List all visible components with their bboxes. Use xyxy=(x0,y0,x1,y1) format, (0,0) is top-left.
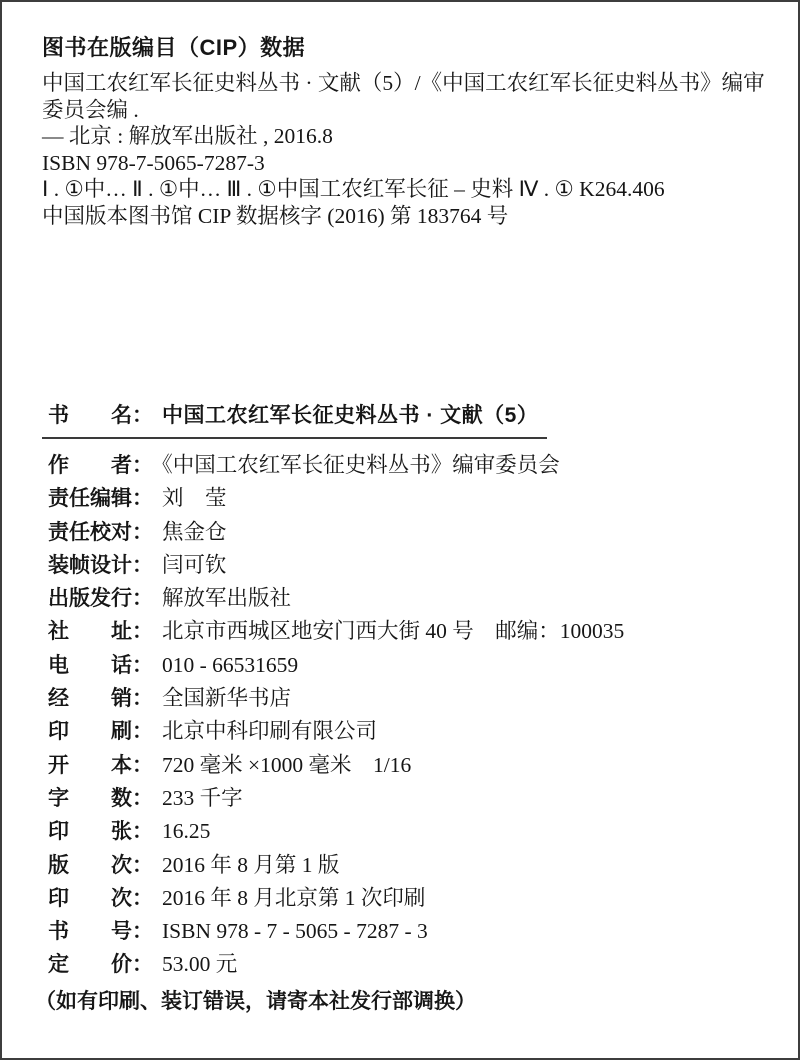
colophon-row: 字数：233 千字 xyxy=(48,782,762,815)
row-colon: ： xyxy=(132,787,153,810)
row-label: 字数 xyxy=(48,782,132,815)
cip-line: Ⅰ . ①中… Ⅱ . ①中… Ⅲ . ①中国工农红军长征 – 史料 Ⅳ . ①… xyxy=(42,176,768,203)
row-colon: ： xyxy=(132,920,153,943)
row-label: 书号 xyxy=(48,915,132,948)
copyright-page: 图书在版编目（CIP）数据 中国工农红军长征史料丛书 · 文献（5）/《中国工农… xyxy=(0,0,800,1060)
row-label: 作者 xyxy=(48,449,132,482)
row-value: 焦金仓 xyxy=(162,520,227,544)
colophon-row: 书名：中国工农红军长征史料丛书 · 文献（5） xyxy=(48,400,762,430)
row-value: 解放军出版社 xyxy=(162,586,291,610)
colophon-row: 版次：2016 年 8 月第 1 版 xyxy=(48,849,762,882)
row-colon: ： xyxy=(132,854,153,877)
divider-line xyxy=(42,437,547,439)
row-value: 2016 年 8 月北京第 1 次印刷 xyxy=(162,886,425,910)
colophon-row: 作者：《中国工农红军长征史料丛书》编审委员会 xyxy=(48,449,762,482)
row-value: 全国新华书店 xyxy=(162,686,291,710)
colophon-row: 电话：010 - 66531659 xyxy=(48,649,762,682)
row-label: 定价 xyxy=(48,948,132,981)
cip-line: 中国工农红军长征史料丛书 · 文献（5）/《中国工农红军长征史料丛书》编审 xyxy=(42,70,768,97)
colophon-row: 出版发行：解放军出版社 xyxy=(48,582,762,615)
row-colon: ： xyxy=(132,754,153,777)
row-label: 电话 xyxy=(48,649,132,682)
row-value: 北京中科印刷有限公司 xyxy=(162,719,377,743)
cip-line: ISBN 978-7-5065-7287-3 xyxy=(42,150,768,177)
row-label: 责任编辑 xyxy=(48,482,132,515)
colophon-row: 经销：全国新华书店 xyxy=(48,682,762,715)
colophon-row: 书号：ISBN 978 - 7 - 5065 - 7287 - 3 xyxy=(48,915,762,948)
cip-line: — 北京 : 解放军出版社 , 2016.8 xyxy=(42,123,768,150)
row-colon: ： xyxy=(132,820,153,843)
row-colon: ： xyxy=(132,521,153,544)
row-label: 印张 xyxy=(48,815,132,848)
row-colon: ： xyxy=(132,687,153,710)
cip-lines: 中国工农红军长征史料丛书 · 文献（5）/《中国工农红军长征史料丛书》编审委员会… xyxy=(42,70,768,229)
row-colon: ： xyxy=(132,953,153,976)
row-value: 闫可钦 xyxy=(162,553,227,577)
cip-heading: 图书在版编目（CIP）数据 xyxy=(42,33,768,63)
colophon-row: 责任校对：焦金仓 xyxy=(48,516,762,549)
row-colon: ： xyxy=(132,554,153,577)
row-label: 书名 xyxy=(48,401,132,431)
row-label: 装帧设计 xyxy=(48,549,132,582)
colophon-row: 责任编辑：刘 莹 xyxy=(48,482,762,515)
cip-line: 中国版本图书馆 CIP 数据核字 (2016) 第 183764 号 xyxy=(42,203,768,230)
row-colon: ： xyxy=(132,454,153,477)
row-value: 720 毫米 ×1000 毫米 1/16 xyxy=(162,753,411,777)
row-label: 印次 xyxy=(48,882,132,915)
row-label: 印刷 xyxy=(48,715,132,748)
row-value: 刘 莹 xyxy=(162,486,227,510)
row-label: 社址 xyxy=(48,615,132,648)
row-value: 2016 年 8 月第 1 版 xyxy=(162,853,339,877)
row-value: 010 - 66531659 xyxy=(162,653,298,677)
cip-block: 图书在版编目（CIP）数据 中国工农红军长征史料丛书 · 文献（5）/《中国工农… xyxy=(42,33,768,229)
colophon-row: 定价：53.00 元 xyxy=(48,948,762,981)
colophon-title-row: 书名：中国工农红军长征史料丛书 · 文献（5） xyxy=(48,400,762,430)
row-colon: ： xyxy=(132,587,153,610)
colophon-row: 印张：16.25 xyxy=(48,815,762,848)
colophon-row: 印刷：北京中科印刷有限公司 xyxy=(48,715,762,748)
row-colon: ： xyxy=(132,654,153,677)
row-value: 233 千字 xyxy=(162,786,243,810)
row-value: 《中国工农红军长征史料丛书》编审委员会 xyxy=(162,453,560,477)
row-label: 开本 xyxy=(48,749,132,782)
row-label: 版次 xyxy=(48,849,132,882)
row-colon: ： xyxy=(132,620,153,643)
row-label: 责任校对 xyxy=(48,516,132,549)
row-colon: ： xyxy=(132,887,153,910)
colophon-row: 开本：720 毫米 ×1000 毫米 1/16 xyxy=(48,749,762,782)
colophon-rows: 作者：《中国工农红军长征史料丛书》编审委员会责任编辑：刘 莹责任校对：焦金仓装帧… xyxy=(48,449,762,982)
colophon-row: 装帧设计：闫可钦 xyxy=(48,549,762,582)
row-value: 16.25 xyxy=(162,819,210,843)
row-value: ISBN 978 - 7 - 5065 - 7287 - 3 xyxy=(162,919,428,943)
misprint-exchange-note: （如有印刷、装订错误，请寄本社发行部调换） xyxy=(35,985,476,1015)
row-value: 中国工农红军长征史料丛书 · 文献（5） xyxy=(162,404,538,427)
cip-line: 委员会编 . xyxy=(42,97,768,124)
colophon-row: 社址：北京市西城区地安门西大街 40 号 邮编：100035 xyxy=(48,615,762,648)
row-label: 出版发行 xyxy=(48,582,132,615)
row-value: 53.00 元 xyxy=(162,952,237,976)
colophon-block: 书名：中国工农红军长征史料丛书 · 文献（5） 作者：《中国工农红军长征史料丛书… xyxy=(48,400,762,982)
colophon-row: 印次：2016 年 8 月北京第 1 次印刷 xyxy=(48,882,762,915)
row-colon: ： xyxy=(132,720,153,743)
row-colon: ： xyxy=(132,487,153,510)
row-value: 北京市西城区地安门西大街 40 号 邮编：100035 xyxy=(162,619,624,643)
row-label: 经销 xyxy=(48,682,132,715)
row-colon: ： xyxy=(132,404,153,427)
